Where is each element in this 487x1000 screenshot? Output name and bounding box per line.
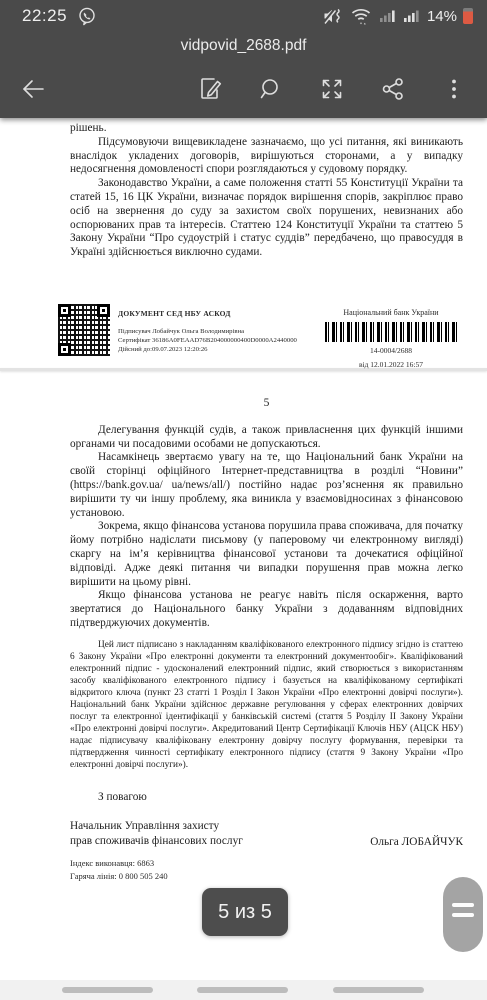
bottom-nav-bar (0, 980, 487, 1000)
stamp-validity: Дійсний до:09.07.2023 12:20:26 (118, 345, 297, 354)
nav-dash-right[interactable] (333, 987, 424, 993)
nav-dash-left[interactable] (62, 987, 153, 993)
closing-salutation: З повагою (70, 791, 463, 805)
handle-grip-icon (452, 913, 474, 917)
status-bar: 22:25 (0, 0, 487, 32)
stamp-org-name: Національний банк України (317, 306, 465, 320)
paragraph: Насамкінець звертаємо увагу на те, що На… (70, 451, 463, 520)
fullscreen-button[interactable] (315, 72, 349, 106)
battery-icon (463, 8, 473, 24)
app-header: 22:25 (0, 0, 487, 118)
executor-index: Індекс виконавця: 6863 (70, 857, 463, 870)
signature-block: Начальник Управління захисту прав спожив… (70, 819, 463, 850)
stamp-reg-date: від 12.01.2022 16:57 (317, 358, 465, 372)
back-icon (19, 75, 47, 103)
document-title: vidpovid_2688.pdf (181, 37, 307, 55)
signature-title-line2: прав споживачів фінансових послуг (70, 834, 243, 850)
digital-signature-stamp: ДОКУМЕНТ СЕД НБУ АСКОД Підписувач Лобайч… (118, 304, 297, 360)
handle-grip-icon (452, 903, 474, 907)
share-icon (380, 76, 406, 102)
scrollbar-handle[interactable] (443, 877, 483, 952)
nav-dash-center[interactable] (197, 987, 288, 993)
stamp-signer: Підписувач Лобайчук Ольга Володимирівна (118, 327, 297, 336)
wifi-icon (350, 6, 373, 26)
barcode (325, 322, 457, 342)
clock: 22:25 (22, 6, 67, 26)
paragraph: Зокрема, якщо фінансова установа порушил… (70, 520, 463, 589)
registration-stamp: Національний банк України 14-0004/2688 в… (317, 306, 465, 371)
signature-title-line1: Начальник Управління захисту (70, 819, 243, 835)
overflow-icon (441, 76, 467, 102)
viber-icon (77, 6, 97, 26)
page-indicator-text: 5 из 5 (218, 901, 272, 924)
toolbar (0, 60, 487, 118)
paragraph: Якщо фінансова установа не реагує навіть… (70, 589, 463, 630)
executor-info: Індекс виконавця: 6863 Гаряча лінія: 0 8… (70, 857, 463, 883)
paragraph: Підсумовуючи вищевикладене зазначаємо, щ… (70, 136, 463, 177)
search-icon (258, 76, 284, 102)
signature-stamp-block: ДОКУМЕНТ СЕД НБУ АСКОД Підписувач Лобайч… (58, 304, 463, 360)
search-button[interactable] (254, 72, 288, 106)
edit-icon (197, 76, 223, 102)
signal-icon-2 (403, 6, 421, 26)
back-button[interactable] (16, 72, 50, 106)
fullscreen-icon (319, 76, 345, 102)
battery-percent: 14% (427, 8, 457, 25)
signal-icon (379, 6, 397, 26)
mute-icon (322, 6, 344, 26)
edit-button[interactable] (193, 72, 227, 106)
overflow-menu-button[interactable] (437, 72, 471, 106)
stamp-title: ДОКУМЕНТ СЕД НБУ АСКОД (118, 307, 297, 321)
page-indicator-badge: 5 из 5 (202, 888, 288, 936)
pdf-viewer-app: 22:25 (0, 0, 487, 1000)
paragraph-fragment: рішень. (70, 122, 463, 136)
title-bar: vidpovid_2688.pdf (0, 32, 487, 60)
stamp-certificate: Сертифікат 36186A0FEAAD76B204000000400D0… (118, 336, 297, 345)
legal-note: Цей лист підписано з накладанням кваліфі… (70, 639, 463, 771)
hotline-number: Гаряча лінія: 0 800 505 240 (70, 870, 463, 883)
paragraph: Законодавство України, а саме положення … (70, 177, 463, 260)
signature-name: Ольга ЛОБАЙЧУК (370, 836, 463, 850)
share-button[interactable] (376, 72, 410, 106)
stamp-reg-number: 14-0004/2688 (317, 344, 465, 358)
pdf-page-area[interactable]: рішень. Підсумовуючи вищевикладене зазна… (0, 118, 487, 980)
page-number: 5 (70, 397, 463, 411)
qr-code (58, 304, 110, 356)
paragraph: Делегування функцій судів, а також привл… (70, 424, 463, 452)
